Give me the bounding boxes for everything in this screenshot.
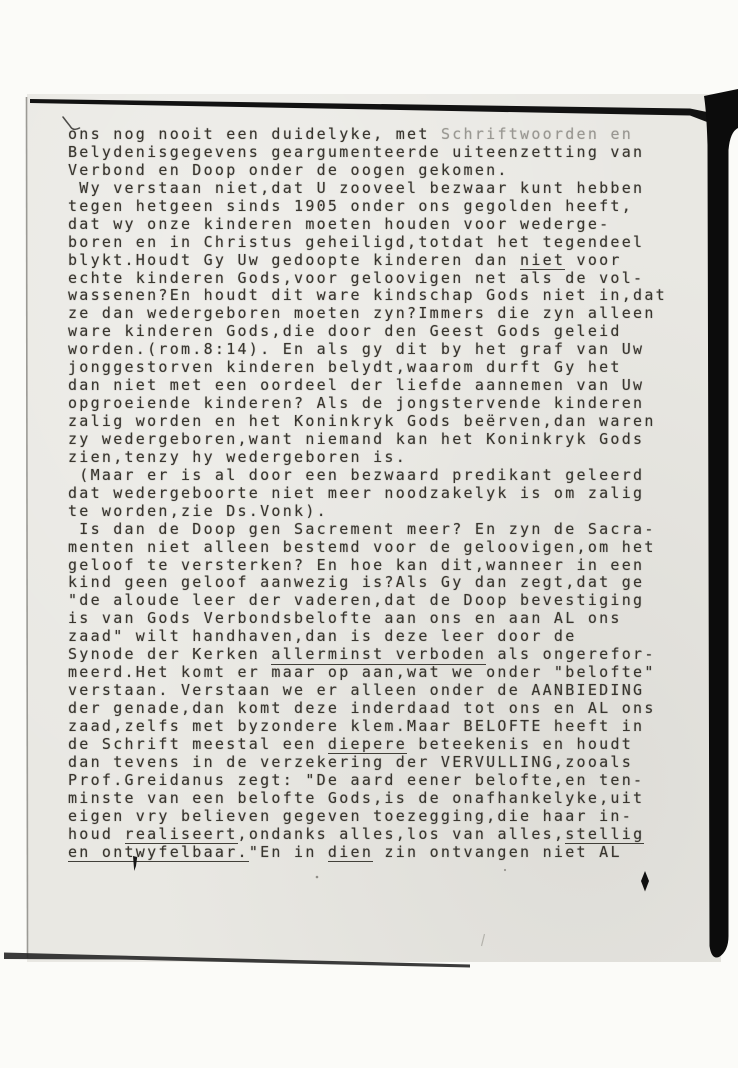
- text-segment: eigen vry believen gegeven toezegging,di…: [68, 807, 633, 825]
- text-line: kind geen geloof aanwezig is?Als Gy dan …: [68, 574, 667, 592]
- text-line: wassenen?En houdt dit ware kindschap God…: [68, 287, 667, 305]
- text-line: blykt.Houdt Gy Uw gedoopte kinderen dan …: [68, 252, 667, 270]
- text-segment: ze dan wedergeboren moeten zyn?Immers di…: [68, 304, 656, 322]
- text-line: (Maar er is al door een bezwaard predika…: [68, 467, 667, 485]
- text-line: de Schrift meestal een diepere beteekeni…: [68, 736, 667, 754]
- text-segment: ware kinderen Gods,die door den Geest Go…: [68, 322, 622, 340]
- underlined-text-segment: diepere: [328, 735, 407, 755]
- text-line: eigen vry believen gegeven toezegging,di…: [68, 808, 667, 826]
- text-segment: Synode der Kerken: [68, 645, 271, 663]
- text-segment: jonggestorven kinderen belydt,waarom dur…: [68, 358, 622, 376]
- text-line: ware kinderen Gods,die door den Geest Go…: [68, 323, 667, 341]
- text-segment: Wy verstaan niet,dat U zooveel bezwaar k…: [68, 179, 644, 197]
- text-segment: te worden,zie Ds.Vonk).: [68, 502, 328, 520]
- text-line: Prof.Greidanus zegt: "De aard eener belo…: [68, 772, 667, 790]
- text-segment: "En in: [249, 843, 328, 861]
- text-segment: dan tevens in de verzekering der VERVULL…: [68, 753, 633, 771]
- text-segment: de Schrift meestal een: [68, 735, 328, 753]
- text-line: te worden,zie Ds.Vonk).: [68, 503, 667, 521]
- underlined-text-segment: dien: [328, 843, 373, 863]
- text-line: is van Gods Verbondsbelofte aan ons en a…: [68, 610, 667, 628]
- text-segment: (Maar er is al door een bezwaard predika…: [68, 466, 644, 484]
- underlined-text-segment: realiseert: [125, 825, 238, 845]
- underlined-text-segment: stellig: [565, 825, 644, 845]
- text-segment: dat wy onze kinderen moeten houden voor …: [68, 215, 610, 233]
- text-segment: der genade,dan komt deze inderdaad tot o…: [68, 699, 656, 717]
- text-segment: "de aloude leer der vaderen,dat de Doop …: [68, 591, 644, 609]
- text-line: geloof te versterken? En hoe kan dit,wan…: [68, 557, 667, 575]
- text-line: zy wedergeboren,want niemand kan het Kon…: [68, 431, 667, 449]
- text-segment: dan niet met een oordeel der liefde aann…: [68, 376, 644, 394]
- text-segment: voor: [565, 251, 622, 269]
- text-line: "de aloude leer der vaderen,dat de Doop …: [68, 592, 667, 610]
- text-segment: Verbond en Doop onder de oogen gekomen.: [68, 161, 509, 179]
- text-line: meerd.Het komt er maar op aan,wat we ond…: [68, 664, 667, 682]
- text-line: ze dan wedergeboren moeten zyn?Immers di…: [68, 305, 667, 323]
- text-segment: Schriftwoorden en: [441, 125, 633, 143]
- underlined-text-segment: niet: [520, 251, 565, 271]
- text-segment: Is dan de Doop gen Sacrement meer? En zy…: [68, 520, 656, 538]
- text-line: Is dan de Doop gen Sacrement meer? En zy…: [68, 521, 667, 539]
- text-line: minste van een belofte Gods,is de onafha…: [68, 790, 667, 808]
- text-segment: ,ondanks alles,los van alles,: [238, 825, 566, 843]
- text-line: zalig worden en het Koninkryk Gods beërv…: [68, 413, 667, 431]
- text-line: boren en in Christus geheiligd,totdat he…: [68, 234, 667, 252]
- text-line: dat wedergeboorte niet meer noodzakelyk …: [68, 485, 667, 503]
- text-line: dat wy onze kinderen moeten houden voor …: [68, 216, 667, 234]
- text-line: Verbond en Doop onder de oogen gekomen.: [68, 162, 667, 180]
- text-segment: opgroeiende kinderen? Als de jongsterven…: [68, 394, 644, 412]
- text-segment: kind geen geloof aanwezig is?Als Gy dan …: [68, 573, 644, 591]
- text-segment: Prof.Greidanus zegt: "De aard eener belo…: [68, 771, 644, 789]
- text-line: zaad,zelfs met byzondere klem.Maar BELOF…: [68, 718, 667, 736]
- text-segment: minste van een belofte Gods,is de onafha…: [68, 789, 644, 807]
- underlined-text-segment: en ontwyfelbaar.: [68, 843, 249, 863]
- text-segment: worden.(rom.8:14). En als gy dit by het …: [68, 340, 644, 358]
- text-line: Wy verstaan niet,dat U zooveel bezwaar k…: [68, 180, 667, 198]
- text-line: menten niet alleen bestemd voor de geloo…: [68, 539, 667, 557]
- text-segment: Belydenisgegevens geargumenteerde uiteen…: [68, 143, 644, 161]
- text-line: der genade,dan komt deze inderdaad tot o…: [68, 700, 667, 718]
- text-line: dan niet met een oordeel der liefde aann…: [68, 377, 667, 395]
- text-segment: boren en in Christus geheiligd,totdat he…: [68, 233, 644, 251]
- text-segment: ons nog nooit een duidelyke, met: [68, 125, 441, 143]
- text-line: en ontwyfelbaar."En in dien zin ontvange…: [68, 844, 667, 862]
- text-segment: tegen hetgeen sinds 1905 onder ons gegol…: [68, 197, 633, 215]
- text-segment: zien,tenzy hy wedergeboren is.: [68, 448, 407, 466]
- text-line: worden.(rom.8:14). En als gy dit by het …: [68, 341, 667, 359]
- text-line: zaad" wilt handhaven,dan is deze leer do…: [68, 628, 667, 646]
- text-line: jonggestorven kinderen belydt,waarom dur…: [68, 359, 667, 377]
- text-line: echte kinderen Gods,voor geloovigen net …: [68, 270, 667, 288]
- text-segment: meerd.Het komt er maar op aan,wat we ond…: [68, 663, 656, 681]
- text-segment: dat wedergeboorte niet meer noodzakelyk …: [68, 484, 644, 502]
- text-segment: blykt.Houdt Gy Uw gedoopte kinderen dan: [68, 251, 520, 269]
- scanned-page-root: ons nog nooit een duidelyke, met Schrift…: [0, 0, 738, 1068]
- text-line: verstaan. Verstaan we er alleen onder de…: [68, 682, 667, 700]
- text-block: ons nog nooit een duidelyke, met Schrift…: [68, 126, 667, 861]
- text-segment: beteekenis en houdt: [407, 735, 633, 753]
- text-segment: zaad,zelfs met byzondere klem.Maar BELOF…: [68, 717, 644, 735]
- text-segment: als ongerefor-: [486, 645, 656, 663]
- text-segment: is van Gods Verbondsbelofte aan ons en a…: [68, 609, 622, 627]
- text-line: houd realiseert,ondanks alles,los van al…: [68, 826, 667, 844]
- text-line: ons nog nooit een duidelyke, met Schrift…: [68, 126, 667, 144]
- text-segment: verstaan. Verstaan we er alleen onder de…: [68, 681, 644, 699]
- underlined-text-segment: allerminst verboden: [271, 645, 486, 665]
- text-segment: echte kinderen Gods,voor geloovigen net …: [68, 269, 644, 287]
- text-segment: zin ontvangen niet AL: [373, 843, 622, 861]
- text-line: Belydenisgegevens geargumenteerde uiteen…: [68, 144, 667, 162]
- text-segment: wassenen?En houdt dit ware kindschap God…: [68, 286, 667, 304]
- text-segment: houd: [68, 825, 125, 843]
- text-line: opgroeiende kinderen? Als de jongsterven…: [68, 395, 667, 413]
- text-line: dan tevens in de verzekering der VERVULL…: [68, 754, 667, 772]
- text-segment: zaad" wilt handhaven,dan is deze leer do…: [68, 627, 577, 645]
- text-segment: menten niet alleen bestemd voor de geloo…: [68, 538, 656, 556]
- text-line: tegen hetgeen sinds 1905 onder ons gegol…: [68, 198, 667, 216]
- text-line: zien,tenzy hy wedergeboren is.: [68, 449, 667, 467]
- text-line: Synode der Kerken allerminst verboden al…: [68, 646, 667, 664]
- text-segment: geloof te versterken? En hoe kan dit,wan…: [68, 556, 644, 574]
- text-segment: zalig worden en het Koninkryk Gods beërv…: [68, 412, 656, 430]
- text-segment: zy wedergeboren,want niemand kan het Kon…: [68, 430, 644, 448]
